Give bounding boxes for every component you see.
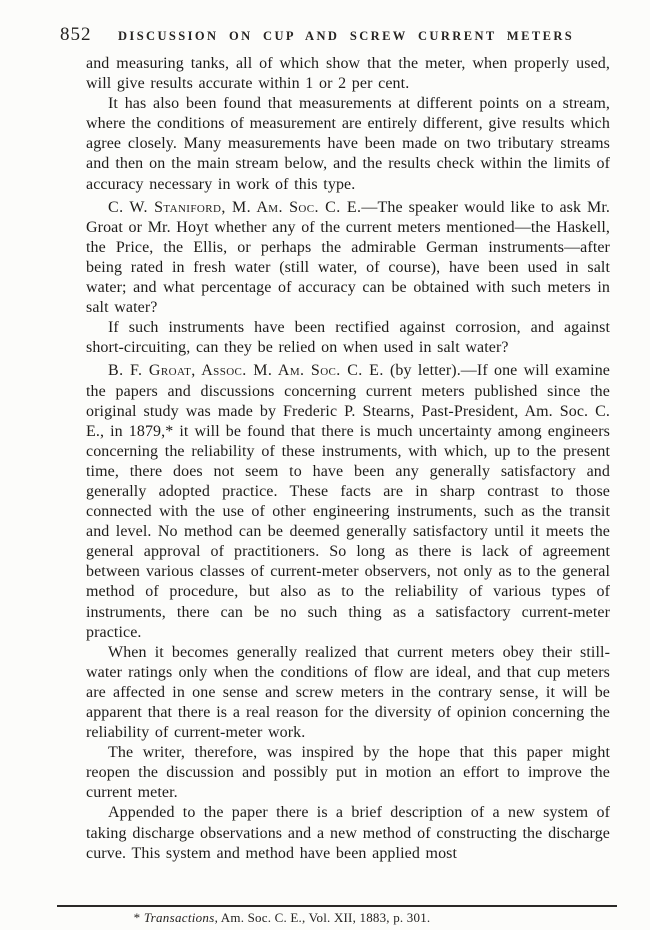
paragraph-text: —The speaker would like to ask Mr. Groat… xyxy=(86,199,610,316)
footnote-work-title: Transactions xyxy=(144,910,215,925)
paragraph-groat-2: When it becomes generally realized that … xyxy=(86,643,610,743)
paragraph-text: The writer, therefore, was inspired by t… xyxy=(86,744,610,801)
footnote-citation: , Am. Soc. C. E., Vol. XII, 1883, p. 301… xyxy=(215,910,431,925)
scanned-page: 852 DISCUSSION ON CUP AND SCREW CURRENT … xyxy=(0,0,650,930)
paragraph-text: and measuring tanks, all of which show t… xyxy=(86,55,610,92)
paragraph-text: If such instruments have been rectified … xyxy=(86,319,610,356)
text-column: Mr. Hoyt. and measuring tanks, all of wh… xyxy=(86,54,610,864)
paragraph-hoyt-continuation: Mr. Hoyt. and measuring tanks, all of wh… xyxy=(86,54,610,94)
footnote: * Transactions, Am. Soc. C. E., Vol. XII… xyxy=(20,910,544,926)
footnote-marker: * xyxy=(134,910,144,925)
running-head: DISCUSSION ON CUP AND SCREW CURRENT METE… xyxy=(118,29,574,44)
paragraph-hoyt-2: It has also been found that measurements… xyxy=(86,94,610,194)
paragraph-groat: Mr. Groat. B. F. Groat, Assoc. M. Am. So… xyxy=(86,361,610,642)
paragraph-groat-3: The writer, therefore, was inspired by t… xyxy=(86,743,610,803)
paragraph-text: (by letter).—If one will examine the pap… xyxy=(86,362,610,640)
paragraph-text: Appended to the paper there is a brief d… xyxy=(86,804,610,861)
paragraph-text: It has also been found that measurements… xyxy=(86,95,610,192)
speaker-name: B. F. Groat, Assoc. M. Am. Soc. C. E. xyxy=(108,362,384,379)
paragraph-groat-4: Appended to the paper there is a brief d… xyxy=(86,803,610,863)
paragraph-text: When it becomes generally realized that … xyxy=(86,644,610,741)
page-number: 852 xyxy=(60,24,92,46)
speaker-name: C. W. Staniford, M. Am. Soc. C. E. xyxy=(108,199,361,216)
footnote-rule xyxy=(57,905,617,907)
paragraph-staniford: Mr. Staniford. C. W. Staniford, M. Am. S… xyxy=(86,198,610,319)
paragraph-staniford-2: If such instruments have been rectified … xyxy=(86,318,610,358)
